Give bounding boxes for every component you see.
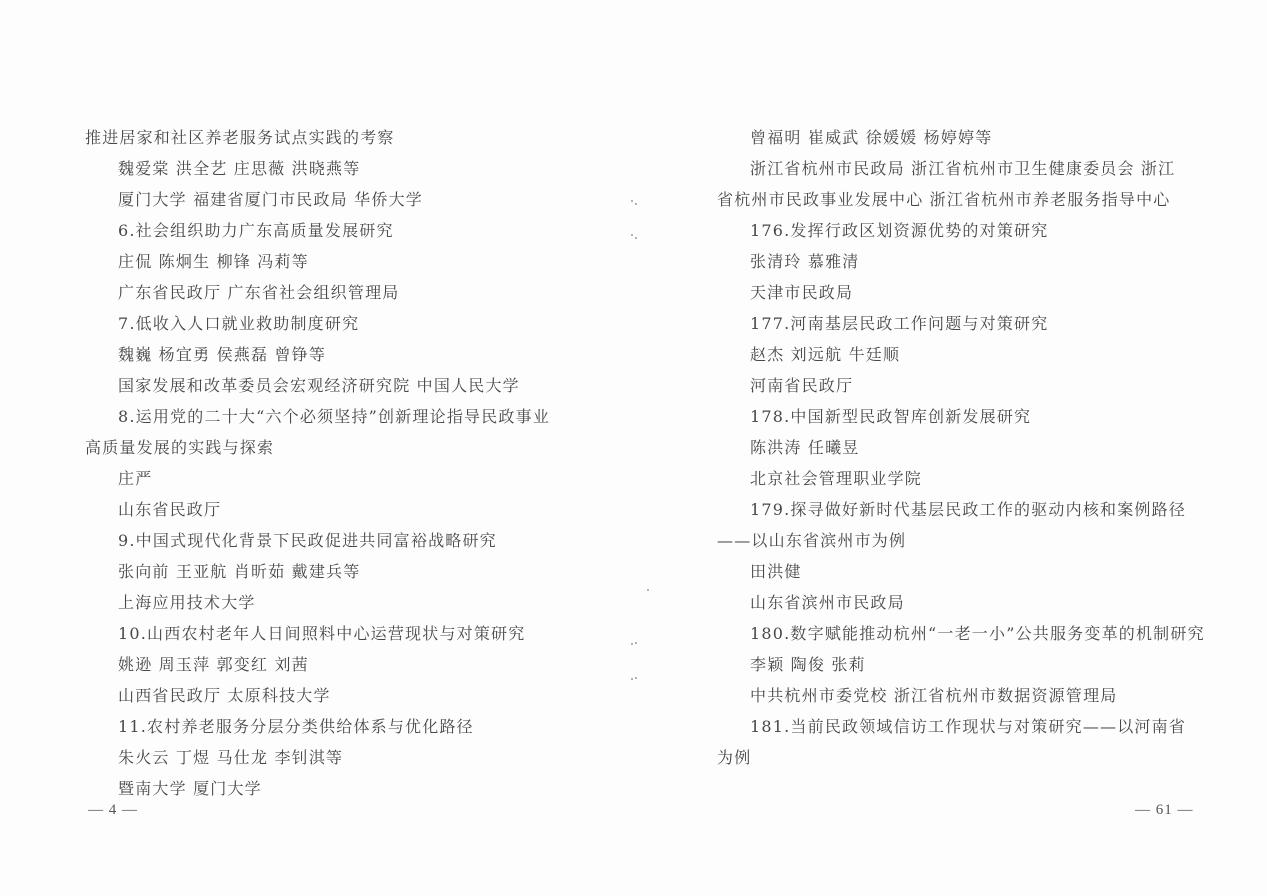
title-continuation: 高质量发展的实践与探索 (85, 432, 565, 463)
entry-title: 9.中国式现代化背景下民政促进共同富裕战略研究 (85, 525, 565, 556)
authors-line: 魏巍 杨宜勇 侯燕磊 曾铮等 (85, 339, 565, 370)
title-continuation: 推进居家和社区养老服务试点实践的考察 (85, 122, 565, 153)
title-continuation: 为例 (717, 742, 1197, 773)
institutions-line: 河南省民政厅 (717, 370, 1197, 401)
institutions-line: 国家发展和改革委员会宏观经济研究院 中国人民大学 (85, 370, 565, 401)
institutions-line: 山东省民政厅 (85, 494, 565, 525)
scan-speck (631, 234, 633, 236)
institutions-line: 暨南大学 厦门大学 (85, 773, 565, 804)
authors-line: 田洪健 (717, 556, 1197, 587)
authors-line: 魏爱棠 洪全艺 庄思薇 洪晓燕等 (85, 153, 565, 184)
authors-line: 陈洪涛 任曦昱 (717, 432, 1197, 463)
institutions-line: 厦门大学 福建省厦门市民政局 华侨大学 (85, 184, 565, 215)
institutions-line: 山西省民政厅 太原科技大学 (85, 680, 565, 711)
authors-line: 曾福明 崔威武 徐媛媛 杨婷婷等 (717, 122, 1197, 153)
entry-title: 179.探寻做好新时代基层民政工作的驱动内核和案例路径 (717, 494, 1197, 525)
right-page-entries: 曾福明 崔威武 徐媛媛 杨婷婷等 浙江省杭州市民政局 浙江省杭州市卫生健康委员会… (717, 122, 1197, 773)
institutions-line: 天津市民政局 (717, 277, 1197, 308)
entry-title: 181.当前民政领域信访工作现状与对策研究——以河南省 (717, 711, 1197, 742)
institutions-line: 中共杭州市委党校 浙江省杭州市数据资源管理局 (717, 680, 1197, 711)
scan-speck (635, 203, 637, 205)
page-number: — 61 — (1135, 802, 1194, 819)
authors-line: 张清玲 慕雅清 (717, 246, 1197, 277)
entry-title: 10.山西农村老年人日间照料中心运营现状与对策研究 (85, 618, 565, 649)
authors-line: 朱火云 丁煜 马仕龙 李钊淇等 (85, 742, 565, 773)
page-number: — 4 — (88, 802, 138, 819)
scan-speck (631, 200, 633, 202)
scan-speck (635, 677, 637, 679)
entry-title: 178.中国新型民政智库创新发展研究 (717, 401, 1197, 432)
authors-line: 赵杰 刘远航 牛廷顺 (717, 339, 1197, 370)
authors-line: 张向前 王亚航 肖昕茹 戴建兵等 (85, 556, 565, 587)
scan-speck (647, 589, 649, 591)
authors-line: 姚逊 周玉萍 郭变红 刘茜 (85, 649, 565, 680)
entry-title: 11.农村养老服务分层分类供给体系与优化路径 (85, 711, 565, 742)
authors-line: 庄严 (85, 463, 565, 494)
scan-speck (631, 643, 633, 645)
title-continuation: ——以山东省滨州市为例 (717, 525, 1197, 556)
scan-speck (631, 678, 633, 680)
institutions-line: 浙江省杭州市民政局 浙江省杭州市卫生健康委员会 浙江 (717, 153, 1197, 184)
authors-line: 李颖 陶俊 张莉 (717, 649, 1197, 680)
entry-title: 176.发挥行政区划资源优势的对策研究 (717, 215, 1197, 246)
left-page-entries: 推进居家和社区养老服务试点实践的考察 魏爱棠 洪全艺 庄思薇 洪晓燕等 厦门大学… (85, 122, 565, 804)
left-page: 推进居家和社区养老服务试点实践的考察 魏爱棠 洪全艺 庄思薇 洪晓燕等 厦门大学… (0, 0, 633, 896)
entry-title: 8.运用党的二十大“六个必须坚持”创新理论指导民政事业 (85, 401, 565, 432)
institutions-line: 山东省滨州市民政局 (717, 587, 1197, 618)
entry-title: 6.社会组织助力广东高质量发展研究 (85, 215, 565, 246)
scan-speck (635, 237, 637, 239)
entry-title: 177.河南基层民政工作问题与对策研究 (717, 308, 1197, 339)
institutions-line: 上海应用技术大学 (85, 587, 565, 618)
right-page: 曾福明 崔威武 徐媛媛 杨婷婷等 浙江省杭州市民政局 浙江省杭州市卫生健康委员会… (633, 0, 1267, 896)
authors-line: 庄侃 陈炯生 柳锋 冯莉等 (85, 246, 565, 277)
entry-title: 7.低收入人口就业救助制度研究 (85, 308, 565, 339)
institutions-line: 北京社会管理职业学院 (717, 463, 1197, 494)
institutions-continuation: 省杭州市民政事业发展中心 浙江省杭州市养老服务指导中心 (717, 184, 1197, 215)
entry-title: 180.数字赋能推动杭州“一老一小”公共服务变革的机制研究 (717, 618, 1197, 649)
scan-speck (635, 642, 637, 644)
institutions-line: 广东省民政厅 广东省社会组织管理局 (85, 277, 565, 308)
